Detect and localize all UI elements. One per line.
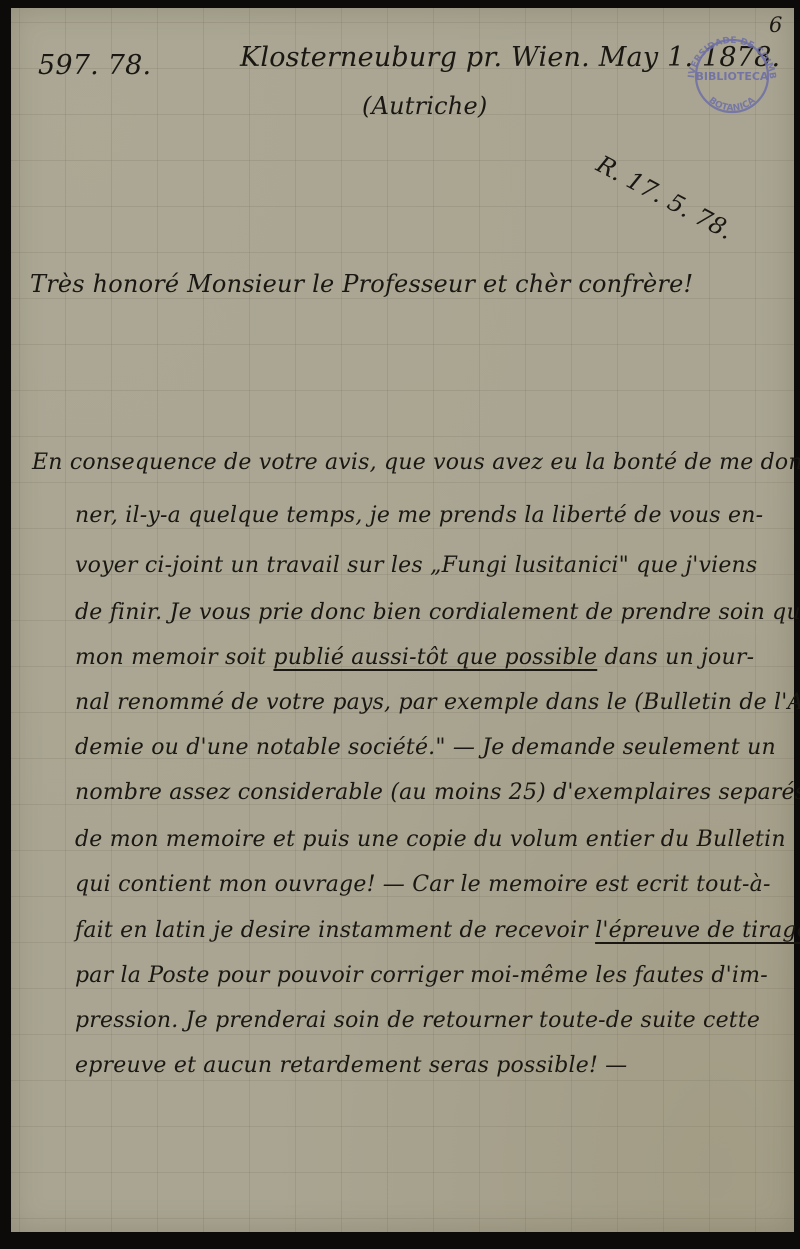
body-line: ner, il-y-a quelque temps, je me prends … — [75, 503, 763, 528]
underlined-phrase: l'épreuve de tirage — [595, 918, 800, 943]
body-line: nal renommé de votre pays, par exemple d… — [75, 690, 800, 715]
body-line-text: dans un jour- — [597, 645, 754, 670]
svg-text:BOTANICA: BOTANICA — [707, 96, 758, 114]
body-line: pression. Je prenderai soin de retourner… — [75, 1008, 760, 1033]
body-line: de finir. Je vous prie donc bien cordial… — [75, 600, 800, 625]
country: (Autriche) — [362, 92, 487, 120]
body-line: En consequence de votre avis, que vous a… — [32, 450, 800, 475]
body-line: nombre assez considerable (au moins 25) … — [75, 780, 800, 805]
reference-number: 597. 78. — [38, 50, 151, 81]
body-line: qui contient mon ouvrage! — Car le memoi… — [75, 872, 771, 897]
body-line: mon memoir soit publié aussi-tôt que pos… — [75, 645, 754, 670]
underlined-phrase: publié aussi-tôt que possible — [273, 645, 597, 670]
body-line: demie ou d'une notable société." — Je de… — [75, 735, 776, 760]
body-line-text: mon memoir soit — [75, 645, 273, 670]
body-line-text: fait en latin je desire instamment de re… — [75, 918, 595, 943]
body-line: par la Poste pour pouvoir corriger moi-m… — [75, 963, 768, 988]
library-stamp-icon: UNIVERSIDADE DE COIMBRA BIBLIOTECA BOTAN… — [682, 26, 782, 126]
stamp-center: BIBLIOTECA — [696, 70, 769, 83]
salutation: Très honoré Monsieur le Professeur et ch… — [30, 270, 693, 298]
body-line: epreuve et aucun retardement seras possi… — [75, 1053, 627, 1078]
body-line: de mon memoire et puis une copie du volu… — [75, 827, 786, 852]
body-line: fait en latin je desire instamment de re… — [75, 918, 800, 943]
stamp-ring-bottom: BOTANICA — [707, 96, 758, 114]
body-line: voyer ci-joint un travail sur les „Fungi… — [75, 553, 757, 578]
